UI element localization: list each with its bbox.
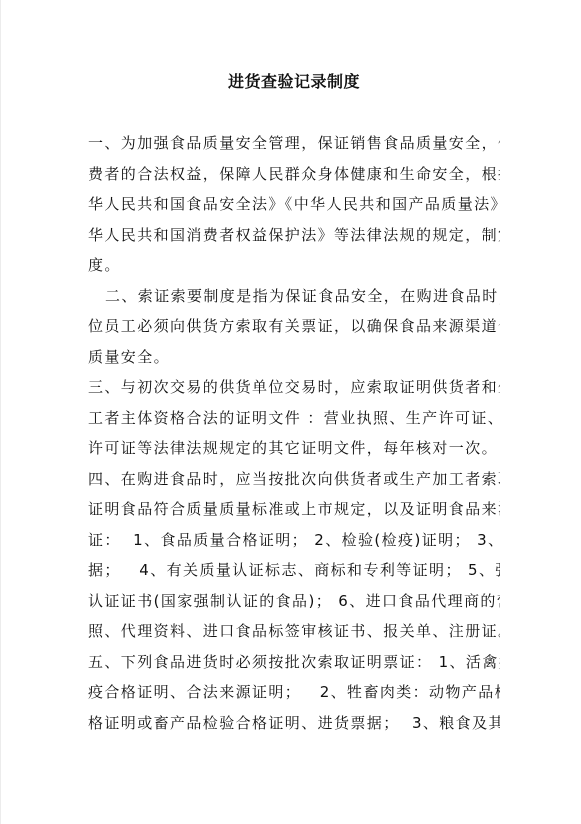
paragraph-5: 五、下列食品进货时必须按批次索取证明票证： 1、活禽类：检 疫合格证明、合法来源… [88,647,500,739]
text-line: 工者主体资格合法的证明文件 ：营业执照、生产许可证、卫生 [88,403,500,434]
text-line: 度。 [88,250,500,281]
document-title: 进货查验记录制度 [88,70,500,94]
text-line: 费者的合法权益，保障人民群众身体健康和生命安全，根据《中 [88,159,500,190]
page-left-edge [0,0,1,824]
text-line: 据； 4、有关质量认证标志、商标和专利等证明； 5、强制性 [88,555,500,586]
text-line: 照、代理资料、进口食品标签审核证书、报关单、注册证。 [88,616,500,647]
text-line: 二、索证索要制度是指为保证食品安全，在购进食品时，本单 [88,281,500,312]
document-body: 一、为加强食品质量安全管理，保证销售食品质量安全，保护消 费者的合法权益，保障人… [88,128,500,738]
text-line: 疫合格证明、合法来源证明； 2、牲畜肉类：动物产品检疫合 [88,677,500,708]
text-line: 位员工必须向供货方索取有关票证，以确保食品来源渠道合法、 [88,311,500,342]
text-line: 华人民共和国食品安全法》《中华人民共和国产品质量法》《中 [88,189,500,220]
text-line: 五、下列食品进货时必须按批次索取证明票证： 1、活禽类：检 [88,647,500,678]
text-line: 认证证书(国家强制认证的食品)； 6、进口食品代理商的营业执 [88,586,500,617]
text-line: 四、在购进食品时，应当按批次向供货者或生产加工者索取以下 [88,464,500,495]
text-line: 一、为加强食品质量安全管理，保证销售食品质量安全，保护消 [88,128,500,159]
text-line: 证： 1、食品质量合格证明； 2、检验(检疫)证明； 3、销售票 [88,525,500,556]
text-line: 华人民共和国消费者权益保护法》等法律法规的规定，制定本制 [88,220,500,251]
paragraph-4: 四、在购进食品时，应当按批次向供货者或生产加工者索取以下 证明食品符合质量质量标… [88,464,500,647]
text-line: 证明食品符合质量质量标准或上市规定，以及证明食品来源的票 [88,494,500,525]
paragraph-1: 一、为加强食品质量安全管理，保证销售食品质量安全，保护消 费者的合法权益，保障人… [88,128,500,281]
text-line: 三、与初次交易的供货单位交易时，应索取证明供货者和生产加 [88,372,500,403]
paragraph-3: 三、与初次交易的供货单位交易时，应索取证明供货者和生产加 工者主体资格合法的证明… [88,372,500,464]
paragraph-2: 二、索证索要制度是指为保证食品安全，在购进食品时，本单 位员工必须向供货方索取有… [88,281,500,373]
text-line: 质量安全。 [88,342,500,373]
text-line: 许可证等法律法规规定的其它证明文件，每年核对一次。 [88,433,500,464]
text-line: 格证明或畜产品检验合格证明、进货票据； 3、粮食及其制品、 [88,708,500,739]
